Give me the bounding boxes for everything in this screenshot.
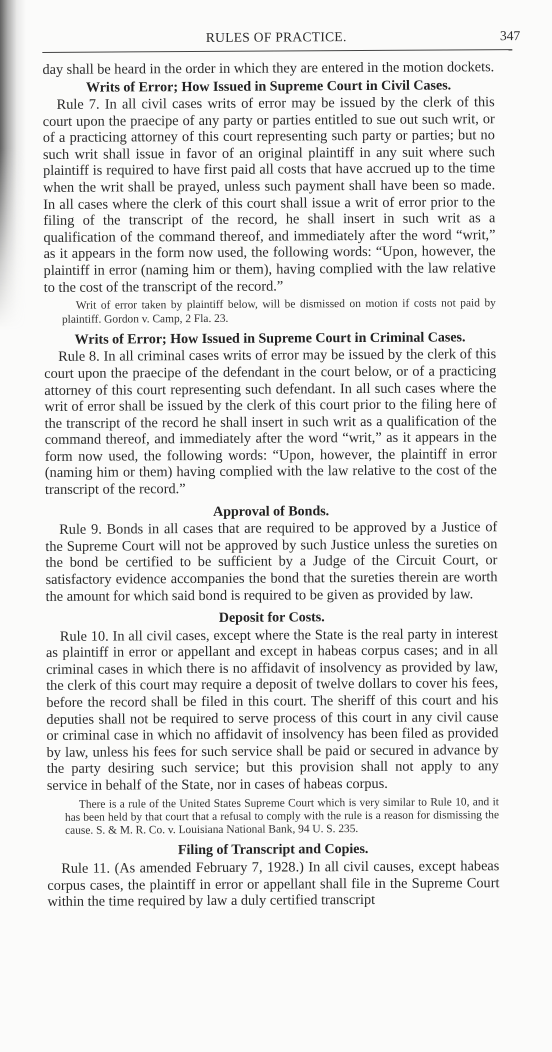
page-body: day shall be heard in the order in which…	[42, 59, 499, 910]
header-rule	[42, 49, 512, 53]
book-page: RULES OF PRACTICE. 347 day shall be hear…	[34, 0, 518, 52]
annotation-rule-10: There is a rule of the United States Sup…	[65, 796, 499, 839]
page-number: 347	[500, 28, 520, 44]
running-title: RULES OF PRACTICE.	[34, 28, 518, 47]
paragraph-rule-9: Rule 9. Bonds in all cases that are requ…	[45, 519, 497, 605]
annotation-rule-7: Writ of error taken by plaintiff below, …	[62, 297, 496, 326]
scan-edge-shadow	[0, 0, 26, 330]
paragraph-rule-10: Rule 10. In all civil cases, except wher…	[46, 626, 499, 795]
paragraph-rule-11: Rule 11. (As amended February 7, 1928.) …	[47, 858, 499, 911]
paragraph-rule-7: Rule 7. In all civil cases writs of erro…	[43, 94, 496, 296]
continuation-paragraph: day shall be heard in the order in which…	[42, 59, 494, 78]
running-head: RULES OF PRACTICE. 347	[34, 0, 518, 52]
paragraph-rule-8: Rule 8. In all criminal cases writs of e…	[44, 346, 497, 498]
